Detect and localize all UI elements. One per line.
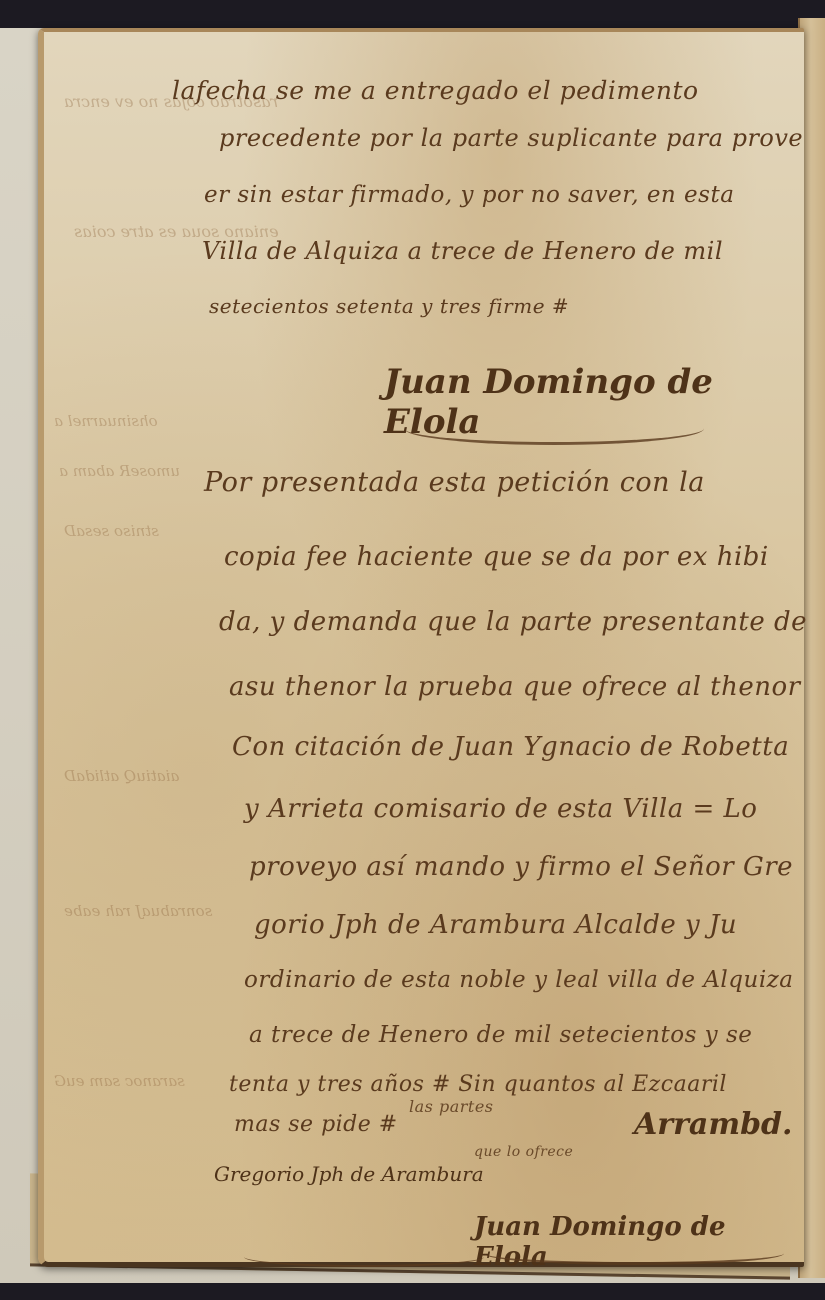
manuscript-line: proveyo así mando y firmo el Señor Gre [249, 852, 793, 882]
manuscript-page: rasotrao cojas no ev encra eniano soua e… [38, 28, 804, 1267]
signature-flourish [484, 1242, 784, 1265]
manuscript-line: lafecha se me a entregado el pedimento [172, 76, 699, 105]
signature-gregorio-jph-de-arambura: Gregorio Jph de Arambura [214, 1162, 484, 1186]
manuscript-line: a trece de Henero de mil setecientos y s… [249, 1022, 752, 1048]
manuscript-line: Por presentada esta petición con la [204, 467, 705, 498]
bleed-through-text: umoseR abam a [59, 462, 180, 480]
bleed-through-text: stniso sesaD [64, 522, 159, 540]
bleed-through-text: aiatiuQ atlidaD [64, 767, 179, 785]
manuscript-line: da, y demanda que la parte presentante d… [219, 607, 807, 637]
manuscript-line: precedente por la parte suplicante para … [219, 124, 803, 152]
bleed-through-text: sonrabuaJ rah eabe [64, 902, 212, 920]
manuscript-line: y Arrieta comisario de esta Villa = Lo [244, 794, 757, 824]
ink-stroke [244, 1247, 484, 1267]
manuscript-line: Con citación de Juan Ygnacio de Robetta [232, 732, 789, 762]
bleed-through-text: ohsinuarnel a [54, 412, 158, 430]
manuscript-line: asu thenor la prueba que ofrece al theno… [229, 672, 801, 702]
manuscript-line: er sin estar firmado, y por no saver, en… [204, 182, 734, 208]
bleed-through-text: saranoc sam euG [54, 1072, 185, 1090]
manuscript-line: Villa de Alquiza a trece de Henero de mi… [202, 237, 723, 265]
manuscript-line: setecientos setenta y tres firme # [209, 294, 569, 318]
manuscript-line: ordinario de esta noble y leal villa de … [244, 967, 794, 993]
signature-flourish [404, 412, 704, 445]
margin-note: que lo ofrece [474, 1144, 573, 1160]
manuscript-line: gorio Jph de Arambura Alcalde y Ju [254, 910, 737, 940]
manuscript-line: tenta y tres años # Sin quantos al Ezcaa… [229, 1072, 727, 1097]
signature-arrambd: Arrambd. [634, 1107, 792, 1142]
manuscript-line: mas se pide # [234, 1112, 398, 1137]
margin-note: las partes [409, 1097, 494, 1116]
manuscript-line: copia fee haciente que se da por ex hibi [224, 542, 769, 572]
